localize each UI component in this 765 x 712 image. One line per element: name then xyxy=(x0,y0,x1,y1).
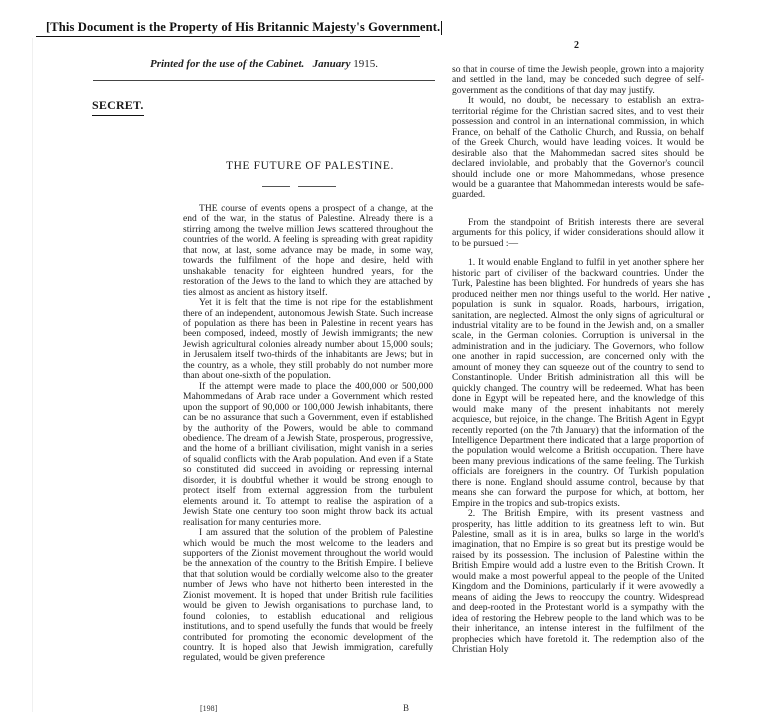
title-rule-right xyxy=(298,186,336,187)
property-notice-text: [This Document is the Property of His Br… xyxy=(46,20,440,34)
paragraph: so that in course of time the Jewish peo… xyxy=(452,65,704,96)
printed-year: 1915. xyxy=(353,58,378,70)
printed-for-text: Printed for the use of the Cabinet. xyxy=(150,58,304,70)
paragraph: From the standpoint of British interests… xyxy=(452,218,704,249)
numbered-paragraph: 2. The British Empire, with its present … xyxy=(452,509,704,655)
printed-for-line: Printed for the use of the Cabinet. Janu… xyxy=(150,58,440,70)
document-title: THE FUTURE OF PALESTINE. xyxy=(226,160,394,172)
classification-label: SECRET. xyxy=(92,98,144,116)
page-number: 2 xyxy=(574,40,579,51)
right-column: so that in course of time the Jewish peo… xyxy=(452,65,704,655)
property-notice: [This Document is the Property of His Br… xyxy=(36,20,420,37)
header-rule xyxy=(93,80,435,81)
left-column: THE course of events opens a prospect of… xyxy=(183,204,433,664)
print-code: [198] xyxy=(200,704,217,712)
paragraph: Yet it is felt that the time is not ripe… xyxy=(183,298,433,382)
closing-bracket xyxy=(441,21,442,35)
print-speck xyxy=(708,296,710,298)
printed-month: January xyxy=(313,58,351,70)
paragraph: It would, no doubt, be necessary to esta… xyxy=(452,96,704,201)
paragraph: If the attempt were made to place the 40… xyxy=(183,382,433,528)
paragraph: THE course of events opens a prospect of… xyxy=(183,204,433,298)
numbered-paragraph: 1. It would enable England to fulfil in … xyxy=(452,258,704,509)
title-rule-left xyxy=(262,186,290,187)
paragraph: I am assured that the solution of the pr… xyxy=(183,528,433,664)
signature-letter: B xyxy=(403,703,409,712)
page-edge xyxy=(32,38,33,712)
